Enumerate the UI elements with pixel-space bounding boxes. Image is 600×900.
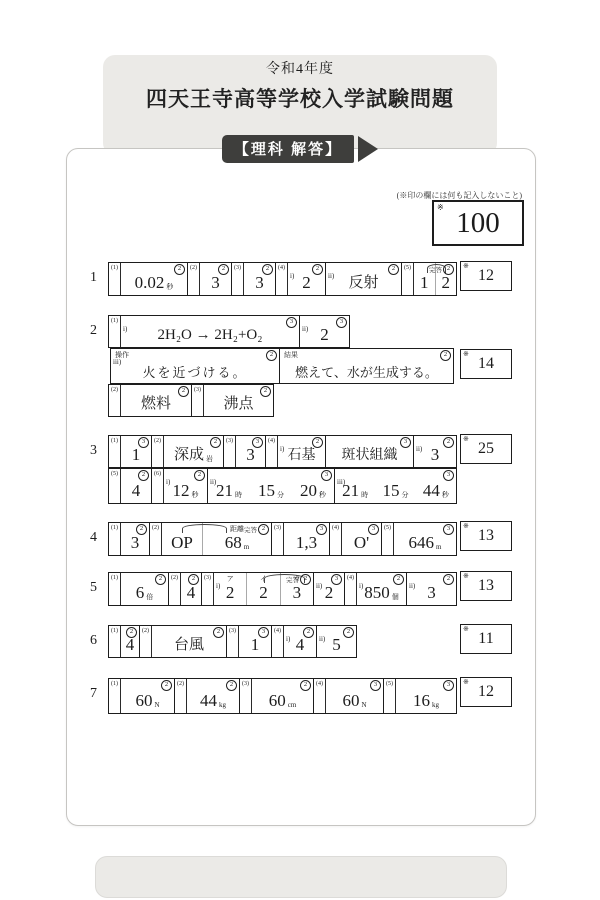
points-circle: 3 <box>138 437 149 448</box>
cell-marker: (3) <box>240 679 252 713</box>
cell-parts: 火を近づける。 <box>111 349 279 383</box>
cell-prefix: ii) <box>210 478 216 486</box>
points-circle: 2 <box>194 470 205 481</box>
cell-content: i)22 <box>288 263 325 295</box>
cell-marker: (3) <box>272 523 284 555</box>
cell-marker: (5) <box>402 263 414 295</box>
cell-content: ii)321時15分20秒 <box>208 469 334 503</box>
cell-content: 3646m <box>394 523 456 555</box>
cell-content: 結果2燃えて、水が生成する。 <box>280 349 453 383</box>
cell-content: 360N <box>326 679 383 713</box>
answer-value: 60 <box>269 692 286 709</box>
answer-cell: (4)3O' <box>329 523 381 555</box>
answer-value: 深成 <box>174 448 204 463</box>
answer-value: 1,3 <box>296 534 317 551</box>
points-circle: 3 <box>443 524 454 535</box>
cell-prefix: ii) <box>319 635 325 643</box>
cell-marker: (5) <box>382 523 394 555</box>
cell-marker: (4) <box>266 436 278 467</box>
answer-value: O' <box>354 534 369 551</box>
cell-marker: (3) <box>232 263 244 295</box>
points-badge: 3 <box>320 470 332 481</box>
cell-content: 31 <box>121 436 151 467</box>
points-badge: 2 <box>225 680 237 691</box>
answer-table: (5)24(6)i)212秒ii)321時15分20秒iii)321時15分44… <box>108 468 457 504</box>
answer-table: (1)26倍(2)24(3)i)完答2ア2イ2ウ3ii)32(4)i)2850個… <box>108 572 457 606</box>
answer-cell: (3)33 <box>223 436 265 467</box>
score-box: ※13 <box>460 521 512 551</box>
answer-cell: (4)i)2850個 <box>344 573 406 605</box>
cell-marker: (2) <box>175 679 187 713</box>
answer-unit: m <box>244 544 249 551</box>
points-circle: 2 <box>260 386 271 397</box>
points-circle: 3 <box>368 524 379 535</box>
question-number: 4 <box>90 530 97 546</box>
answer-value: 3 <box>131 534 140 551</box>
points-badge: 2 <box>137 470 149 481</box>
points-badge: 2 <box>217 264 229 275</box>
answer-value: 2 <box>259 584 268 601</box>
points-circle: 2 <box>343 627 354 638</box>
cell-content: 3O' <box>342 523 381 555</box>
answer-value: 16 <box>413 692 430 709</box>
points-circle: 3 <box>336 317 347 328</box>
points-badge: 3 <box>257 627 269 638</box>
points-prefix: 完答 <box>429 265 442 274</box>
part-label: 距離 <box>230 524 244 534</box>
question-number: 2 <box>90 323 97 339</box>
cell-prefix: i) <box>359 582 363 590</box>
answer-value: 3 <box>427 584 436 601</box>
points-circle: 2 <box>174 264 185 275</box>
cell-content: 31 <box>239 626 271 657</box>
points-badge: 3 <box>285 317 297 328</box>
score-box: ※12 <box>460 261 512 291</box>
points-badge: 2 <box>187 574 199 585</box>
points-circle: 2 <box>178 386 189 397</box>
answer-cell: (4)i)24 <box>271 626 316 657</box>
points-prefix: 完答 <box>286 575 299 584</box>
answer-cell: (2)23 <box>187 263 231 295</box>
points-circle: 2 <box>440 350 451 361</box>
answer-unit: kg <box>432 702 439 709</box>
cell-content: 2燃料 <box>121 385 191 416</box>
cell-content: 24 <box>121 626 139 657</box>
answer-value: 1 <box>132 446 141 463</box>
answer-value: 1 <box>420 274 429 291</box>
points-circle: 2 <box>443 574 454 585</box>
points-circle: 2 <box>226 680 237 691</box>
score-value: 12 <box>461 678 511 706</box>
answer-unit: N <box>154 702 159 709</box>
score-value: 14 <box>461 350 511 378</box>
cell-prefix: i) <box>290 272 294 280</box>
points-badge: 完答2 <box>429 264 454 275</box>
points-circle: 2 <box>218 264 229 275</box>
score-value: 13 <box>461 572 511 600</box>
answer-value: 2 <box>325 584 334 601</box>
cell-marker: (4) <box>272 626 284 657</box>
answer-cell: ii)25 <box>316 626 356 657</box>
cell-content: 260N <box>121 679 174 713</box>
answer-value: 6 <box>136 584 145 601</box>
points-badge: 完答2 <box>244 524 269 535</box>
points-badge: 2 <box>439 350 451 361</box>
question-number: 6 <box>90 633 97 649</box>
answer-cell: (3)31 <box>226 626 271 657</box>
answer-unit: kg <box>219 702 226 709</box>
cell-marker: (1) <box>109 436 121 467</box>
cell-content: 24 <box>121 469 151 503</box>
points-badge: 3 <box>442 680 454 691</box>
points-badge: 2 <box>442 437 454 448</box>
cell-content: i)212秒 <box>164 469 207 503</box>
points-circle: 2 <box>443 264 454 275</box>
points-badge: 2 <box>177 386 189 397</box>
clipboard-bottom <box>95 856 507 898</box>
cell-content: 260cm <box>252 679 313 713</box>
points-badge: 2 <box>259 386 271 397</box>
points-badge: 2 <box>387 264 399 275</box>
answer-cell: (1)31 <box>109 436 151 467</box>
answer-unit: 時 <box>361 492 368 499</box>
answer-cell: (2)244kg <box>174 679 239 713</box>
answer-value: 21 <box>216 482 233 499</box>
answer-cell: (3)23 <box>231 263 275 295</box>
answer-cell: (1)23 <box>109 523 149 555</box>
cell-content: 31,3 <box>284 523 329 555</box>
cell-content: ii)2反射 <box>326 263 401 295</box>
answer-value: 4 <box>187 584 196 601</box>
points-badge: 2 <box>302 627 314 638</box>
cell-parts: 21時15分20秒 <box>208 469 334 503</box>
answer-cell: ii)23 <box>406 573 456 605</box>
answer-value: 4 <box>132 482 141 499</box>
cell-content: 244kg <box>187 679 239 713</box>
answer-cell: (4)i)22 <box>275 263 325 295</box>
cell-marker: (5) <box>109 469 121 503</box>
answer-cell: ii)32 <box>299 316 349 347</box>
points-circle: 2 <box>136 524 147 535</box>
cell-content: 2深成岩 <box>164 436 223 467</box>
answer-unit: 倍 <box>146 594 153 601</box>
points-badge: 2 <box>342 627 354 638</box>
answer-cell: (1)260N <box>109 679 174 713</box>
answer-value: 12 <box>173 482 190 499</box>
answer-value: 44 <box>200 692 217 709</box>
points-circle: 2 <box>126 627 137 638</box>
points-badge: 3 <box>369 680 381 691</box>
cell-content: 20.02秒 <box>121 263 187 295</box>
answer-cell: (5)3646m <box>381 523 456 555</box>
cell-part: 15分 <box>375 469 415 503</box>
answer-unit: m <box>436 544 441 551</box>
cell-content: 23 <box>200 263 231 295</box>
points-circle: 2 <box>393 574 404 585</box>
cell-part: 火を近づける。 <box>111 349 279 383</box>
points-circle: 2 <box>300 680 311 691</box>
cell-marker: (4) <box>314 679 326 713</box>
answer-cell: iii)321時15分44秒 <box>334 469 456 503</box>
answer-value: 2 <box>320 326 329 343</box>
answer-value: 3 <box>211 274 220 291</box>
cell-marker: (2) <box>109 385 121 416</box>
points-badge: 2 <box>265 350 277 361</box>
points-badge: 2 <box>160 680 172 691</box>
score-value: 11 <box>461 625 511 653</box>
answer-table: (1)31(2)2深成岩(3)33(4)i)2石基3斑状組織ii)23 <box>108 435 457 468</box>
answer-value: 3 <box>246 446 255 463</box>
points-badge: 3 <box>442 470 454 481</box>
points-circle: 2 <box>312 264 323 275</box>
answer-unit: 秒 <box>319 492 326 499</box>
answer-unit: 分 <box>277 492 284 499</box>
points-badge: 2 <box>392 574 404 585</box>
answer-cell: (2)完答2OP距離68m <box>149 523 271 555</box>
cell-marker: (2) <box>169 573 181 605</box>
answer-cell: (2)24 <box>168 573 201 605</box>
cell-prefix: ii) <box>316 582 322 590</box>
answer-cell: ii)32 <box>313 573 344 605</box>
cell-marker: (3) <box>192 385 204 416</box>
cell-content: 3斑状組織 <box>326 436 413 467</box>
cell-top-label: 操作 <box>115 350 129 360</box>
answer-cell: (1)26倍 <box>109 573 168 605</box>
cell-part: 21時 <box>335 469 375 503</box>
answer-cell: ii)23 <box>413 436 456 467</box>
cell-content: ii)32 <box>314 573 344 605</box>
cell-content: 33 <box>236 436 265 467</box>
cell-content: 完答2OP距離68m <box>162 523 271 555</box>
cell-content: 26倍 <box>121 573 168 605</box>
cell-marker: (1) <box>109 263 121 295</box>
question-number: 5 <box>90 580 97 596</box>
points-circle: 2 <box>138 470 149 481</box>
answer-value: 台風 <box>174 638 204 653</box>
cell-prefix: i) <box>166 478 170 486</box>
cell-content: ii)32 <box>300 316 349 347</box>
cell-content: i)完答2ア2イ2ウ3 <box>214 573 313 605</box>
points-circle: 2 <box>388 264 399 275</box>
points-badge: 2 <box>193 470 205 481</box>
points-circle: 2 <box>312 437 323 448</box>
points-circle: 2 <box>258 524 269 535</box>
answer-cell: (5)316kg <box>383 679 456 713</box>
answer-cell: (1)20.02秒 <box>109 263 187 295</box>
cell-marker: (3) <box>202 573 214 605</box>
answer-cell: (1)24 <box>109 626 139 657</box>
answer-value: 850 <box>364 584 390 601</box>
cell-part: 15分 <box>250 469 292 503</box>
cell-content: 2沸点 <box>204 385 273 416</box>
answer-value: 3 <box>431 446 440 463</box>
answer-value: 火を近づける。 <box>142 366 247 379</box>
cell-top-label: 結果 <box>284 350 298 360</box>
points-circle: 2 <box>443 437 454 448</box>
score-box: ※25 <box>460 434 512 464</box>
answer-value: 4 <box>126 636 135 653</box>
answer-cell: (6)i)212秒 <box>151 469 207 503</box>
cell-prefix: ii) <box>416 445 422 453</box>
answer-unit: 秒 <box>442 492 449 499</box>
points-circle: 2 <box>266 350 277 361</box>
answer-cell: (3)260cm <box>239 679 313 713</box>
cell-marker: (3) <box>227 626 239 657</box>
cell-marker: (2) <box>140 626 152 657</box>
points-badge: 3 <box>315 524 327 535</box>
cell-prefix: ii) <box>328 272 334 280</box>
points-circle: 3 <box>443 680 454 691</box>
answer-value: 646 <box>409 534 435 551</box>
answer-cell: (2)2燃料 <box>109 385 191 416</box>
answer-unit: 岩 <box>206 456 213 463</box>
answer-value: 68 <box>225 534 242 551</box>
points-badge: 2 <box>311 264 323 275</box>
cell-prefix: i) <box>286 635 290 643</box>
cell-content: i)2石基 <box>278 436 325 467</box>
points-badge: 2 <box>135 524 147 535</box>
answer-value: 44 <box>423 482 440 499</box>
cell-prefix: i) <box>280 445 284 453</box>
points-badge: 3 <box>399 437 411 448</box>
points-badge: 2 <box>311 437 323 448</box>
points-badge: 2 <box>173 264 185 275</box>
cell-content: i)24 <box>284 626 316 657</box>
score-value: 13 <box>461 522 511 550</box>
answer-value: 2 <box>226 584 235 601</box>
answer-unit: 秒 <box>166 284 173 291</box>
answer-value: 20 <box>300 482 317 499</box>
answer-cell: (3)i)完答2ア2イ2ウ3 <box>201 573 313 605</box>
answer-value: 3 <box>293 584 302 601</box>
answer-unit: cm <box>288 702 297 709</box>
cell-marker: (4) <box>345 573 357 605</box>
cell-content: 24 <box>181 573 201 605</box>
points-circle: 2 <box>155 574 166 585</box>
points-badge: 2 <box>442 574 454 585</box>
answer-cell: (5)完答212 <box>401 263 456 295</box>
points-circle: 3 <box>252 437 263 448</box>
cell-parts: 21時15分44秒 <box>335 469 456 503</box>
subject-badge: 【理科 解答】 <box>0 135 600 163</box>
points-circle: 3 <box>258 627 269 638</box>
answer-value: 斑状組織 <box>342 449 398 463</box>
cell-prefix: i) <box>123 325 127 333</box>
points-badge: 3 <box>330 574 342 585</box>
cell-content: ii)23 <box>407 573 456 605</box>
answer-value: OP <box>171 534 193 551</box>
part-label: ア <box>227 574 234 584</box>
answer-unit: 分 <box>401 492 408 499</box>
cell-part: 2H₂O → 2H₂+O₂ <box>121 316 299 347</box>
cell-part: 燃えて、水が生成する。 <box>280 349 453 383</box>
score-box: ※13 <box>460 571 512 601</box>
answer-value: 4 <box>296 636 305 653</box>
score-box: ※11 <box>460 624 512 654</box>
answer-value: 燃えて、水が生成する。 <box>295 366 438 379</box>
cell-prefix: i) <box>216 582 220 590</box>
points-circle: 3 <box>286 317 297 328</box>
answer-value: 2H₂O → 2H₂+O₂ <box>158 328 263 343</box>
era-label: 令和4年度 <box>0 58 600 78</box>
cell-prefix: iii) <box>337 478 345 486</box>
score-box: ※14 <box>460 349 512 379</box>
answer-unit: 個 <box>392 594 399 601</box>
answer-table: (1)23(2)完答2OP距離68m(3)31,3(4)3O'(5)3646m <box>108 522 457 556</box>
answer-value: 15 <box>382 482 399 499</box>
cell-marker: (5) <box>384 679 396 713</box>
score-value: 25 <box>461 435 511 463</box>
cell-marker: (1) <box>109 679 121 713</box>
answer-value: 15 <box>258 482 275 499</box>
answer-value: 燃料 <box>141 397 171 412</box>
cell-marker: (6) <box>152 469 164 503</box>
answer-table: (1)i)32H₂O → 2H₂+O₂ii)32 <box>108 315 350 348</box>
cell-marker: (4) <box>330 523 342 555</box>
points-badge: 3 <box>251 437 263 448</box>
answer-value: 沸点 <box>223 397 253 412</box>
subject-label: 【理科 解答】 <box>222 135 354 163</box>
points-badge: 2 <box>299 680 311 691</box>
points-circle: 2 <box>300 574 311 585</box>
answer-value: 2 <box>442 274 451 291</box>
answer-table: (1)24(2)2台風(3)31(4)i)24ii)25 <box>108 625 357 658</box>
cell-parts: 燃えて、水が生成する。 <box>280 349 453 383</box>
cell-content: 23 <box>244 263 275 295</box>
points-badge: 3 <box>367 524 379 535</box>
cell-marker: (1) <box>109 523 121 555</box>
points-circle: 3 <box>331 574 342 585</box>
cell-marker: (1) <box>109 573 121 605</box>
total-score-box: ※ 100 <box>432 200 524 246</box>
answer-cell: (5)24 <box>109 469 151 503</box>
answer-table: (1)20.02秒(2)23(3)23(4)i)22ii)2反射(5)完答212 <box>108 262 457 296</box>
points-circle: 2 <box>161 680 172 691</box>
answer-cell: (1)i)32H₂O → 2H₂+O₂ <box>109 316 299 347</box>
points-badge: 2 <box>212 627 224 638</box>
points-badge: 2 <box>154 574 166 585</box>
cell-marker: (1) <box>109 626 121 657</box>
points-circle: 2 <box>262 264 273 275</box>
answer-value: 1 <box>251 636 260 653</box>
points-circle: 2 <box>303 627 314 638</box>
points-circle: 2 <box>210 437 221 448</box>
points-circle: 3 <box>370 680 381 691</box>
cell-prefix: ii) <box>409 582 415 590</box>
answer-cell: (2)2深成岩 <box>151 436 223 467</box>
points-circle: 2 <box>188 574 199 585</box>
answer-value: 3 <box>255 274 264 291</box>
answer-cell: 3斑状組織 <box>325 436 413 467</box>
answer-cell: (3)31,3 <box>271 523 329 555</box>
points-circle: 3 <box>321 470 332 481</box>
answer-cell: (2)2台風 <box>139 626 226 657</box>
answer-cell: ii)2反射 <box>325 263 401 295</box>
answer-value: 石基 <box>288 449 316 463</box>
cell-content: iii)321時15分44秒 <box>335 469 456 503</box>
pencil-tip-icon <box>358 136 378 162</box>
answer-unit: 時 <box>235 492 242 499</box>
cell-content: ii)25 <box>317 626 356 657</box>
answer-unit: 秒 <box>192 492 199 499</box>
points-badge: 2 <box>209 437 221 448</box>
pair-arc <box>182 524 228 533</box>
cell-content: 23 <box>121 523 149 555</box>
answer-cell: (4)i)2石基 <box>265 436 325 467</box>
answer-cell: (3)2沸点 <box>191 385 273 416</box>
points-badge: 3 <box>442 524 454 535</box>
points-badge: 3 <box>137 437 149 448</box>
